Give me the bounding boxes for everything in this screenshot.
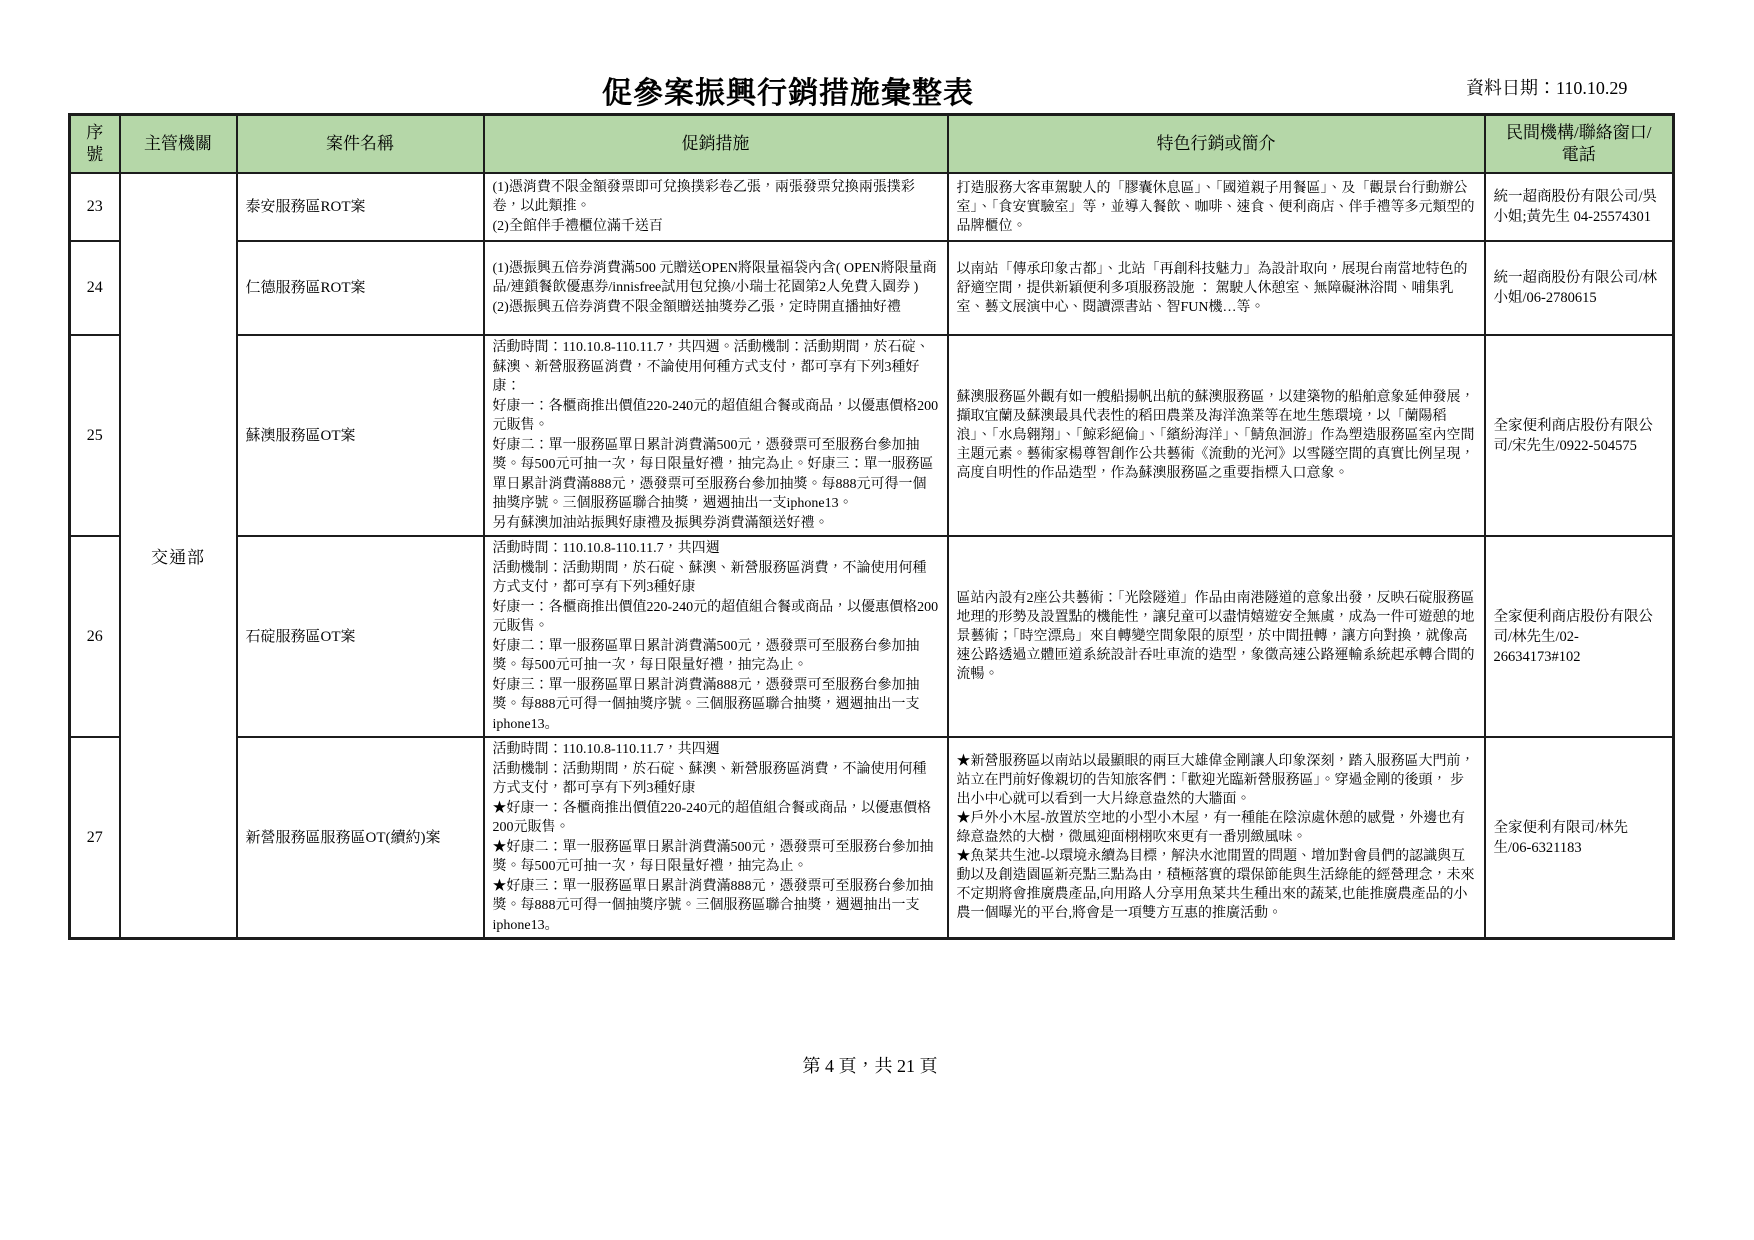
serial-no-cell: 25 <box>70 335 120 536</box>
serial-no-cell: 24 <box>70 241 120 335</box>
promo-cell: (1)憑消費不限金額發票即可兌換撲彩卷乙張，兩張發票兌換兩張撲彩卷，以此類推。 … <box>484 173 948 241</box>
feature-cell: 蘇澳服務區外觀有如一艘船揚帆出航的蘇澳服務區，以建築物的船舶意象延伸發展，擷取宜… <box>948 335 1485 536</box>
contact-cell: 全家便利商店股份有限公司/林先生/02-26634173#102 <box>1485 536 1674 737</box>
case-name-cell: 新營服務區服務區OT(續約)案 <box>237 737 484 939</box>
feature-cell: ★新營服務區以南站以最顯眼的兩巨大雄偉金剛讓人印象深刻，踏入服務區大門前，站立在… <box>948 737 1485 939</box>
promo-cell: 活動時間：110.10.8-110.11.7，共四週。活動機制：活動期間，於石碇… <box>484 335 948 536</box>
summary-table: 序 號 主管機關 案件名稱 促銷措施 特色行銷或簡介 民間機構/聯絡窗口/ 電話… <box>68 113 1675 940</box>
serial-no-cell: 27 <box>70 737 120 939</box>
case-name-cell: 蘇澳服務區OT案 <box>237 335 484 536</box>
serial-no-cell: 23 <box>70 173 120 241</box>
header-serial-no: 序 號 <box>70 115 120 174</box>
case-name-cell: 石碇服務區OT案 <box>237 536 484 737</box>
table-row: 27 新營服務區服務區OT(續約)案 活動時間：110.10.8-110.11.… <box>70 737 1674 939</box>
table-header-row: 序 號 主管機關 案件名稱 促銷措施 特色行銷或簡介 民間機構/聯絡窗口/ 電話 <box>70 115 1674 174</box>
contact-cell: 統一超商股份有限公司/吳小姐;黃先生 04-25574301 <box>1485 173 1674 241</box>
header-case-name: 案件名稱 <box>237 115 484 174</box>
header-agency: 主管機關 <box>120 115 237 174</box>
feature-cell: 打造服務大客車駕駛人的「膠囊休息區」、「國道親子用餐區」、及「觀景台行動辦公室」… <box>948 173 1485 241</box>
agency-cell: 交通部 <box>120 173 237 939</box>
case-name-cell: 仁德服務區ROT案 <box>237 241 484 335</box>
serial-no-cell: 26 <box>70 536 120 737</box>
header-contact: 民間機構/聯絡窗口/ 電話 <box>1485 115 1674 174</box>
feature-cell: 區站內設有2座公共藝術：「光陰隧道」作品由南港隧道的意象出發，反映石碇服務區地理… <box>948 536 1485 737</box>
table-row: 24 仁德服務區ROT案 (1)憑振興五倍券消費滿500 元贈送OPEN將限量福… <box>70 241 1674 335</box>
table-row: 26 石碇服務區OT案 活動時間：110.10.8-110.11.7，共四週 活… <box>70 536 1674 737</box>
contact-cell: 全家便利有限司/林先生/06-6321183 <box>1485 737 1674 939</box>
page-number: 第 4 頁，共 21 頁 <box>68 1052 1672 1078</box>
header-promo-measures: 促銷措施 <box>484 115 948 174</box>
table-row: 25 蘇澳服務區OT案 活動時間：110.10.8-110.11.7，共四週。活… <box>70 335 1674 536</box>
promo-cell: 活動時間：110.10.8-110.11.7，共四週 活動機制：活動期間，於石碇… <box>484 536 948 737</box>
data-date-label: 資料日期：110.10.29 <box>1466 74 1627 100</box>
promo-cell: 活動時間：110.10.8-110.11.7，共四週 活動機制：活動期間，於石碇… <box>484 737 948 939</box>
page-title: 促參案振興行銷措施彙整表 <box>68 68 1508 112</box>
contact-cell: 統一超商股份有限公司/林小姐/06-2780615 <box>1485 241 1674 335</box>
feature-cell: 以南站「傳承印象古都」、北站「再創科技魅力」為設計取向，展現台南當地特色的舒適空… <box>948 241 1485 335</box>
header-feature-intro: 特色行銷或簡介 <box>948 115 1485 174</box>
case-name-cell: 泰安服務區ROT案 <box>237 173 484 241</box>
contact-cell: 全家便利商店股份有限公司/宋先生/0922-504575 <box>1485 335 1674 536</box>
table-row: 23 交通部 泰安服務區ROT案 (1)憑消費不限金額發票即可兌換撲彩卷乙張，兩… <box>70 173 1674 241</box>
promo-cell: (1)憑振興五倍券消費滿500 元贈送OPEN將限量福袋內含( OPEN將限量商… <box>484 241 948 335</box>
document-page: 促參案振興行銷措施彙整表 資料日期：110.10.29 序 號 主管機關 案件名… <box>0 0 1754 1240</box>
